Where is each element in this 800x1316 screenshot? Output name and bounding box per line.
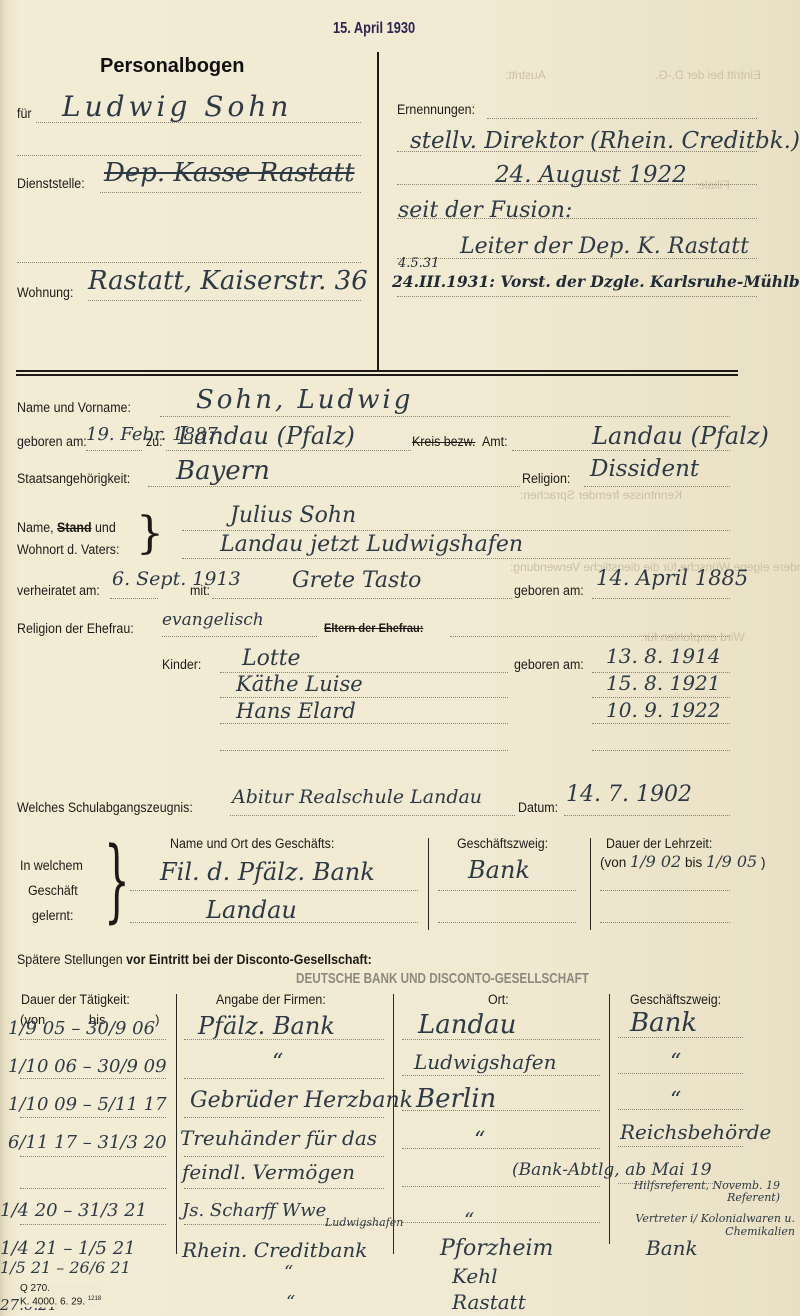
mit-label: mit:	[190, 583, 210, 598]
kind-date-line	[592, 750, 730, 751]
ernennung-line-3: seit der Fusion:	[398, 198, 572, 223]
kinder-label: Kinder:	[162, 657, 201, 672]
row9-firma: “	[286, 1292, 295, 1313]
lehre-col3-line	[600, 890, 730, 891]
row8-ort: Kehl	[452, 1264, 498, 1288]
religion-label: Religion:	[522, 471, 570, 486]
row6-dauer: 1/4 20 – 31/3 21	[0, 1200, 147, 1221]
staat-value: Bayern	[176, 456, 270, 486]
stellungen-header-firmen: Angabe der Firmen:	[216, 992, 326, 1007]
bleed-through-eintritt: Eintritt bei der D.-G.	[655, 68, 761, 82]
eltern-ehefrau-line	[450, 636, 730, 637]
lehre-dauer: (von 1/9 02 bis 1/9 05 )	[600, 852, 766, 871]
stellungen-row-line	[402, 1075, 600, 1076]
zu-line	[166, 450, 411, 451]
bleed-through-empfohlen: Wird empfohlen für:	[640, 630, 745, 644]
schule-value: Abitur Realschule Landau	[232, 786, 482, 808]
vater-label-line2: Wohnort d. Vaters:	[17, 542, 119, 557]
row1-dauer: 1/9 05 – 30/9 06	[8, 1018, 155, 1039]
lehre-divider-1	[428, 838, 429, 930]
schule-datum-line	[564, 815, 730, 816]
section-divider	[16, 374, 738, 376]
kind-name-2: Käthe Luise	[236, 672, 363, 696]
name-value: Sohn, Ludwig	[196, 385, 413, 415]
lehre-von-value: 1/9 02	[630, 852, 681, 871]
kind-geboren-1: 13. 8. 1914	[606, 644, 721, 668]
eltern-ehefrau-label: Eltern der Ehefrau:	[324, 621, 423, 635]
staat-label: Staatsangehörigkeit:	[17, 471, 130, 486]
row1-firma: Pfälz. Bank	[198, 1012, 335, 1040]
fuer-value: Ludwig Sohn	[62, 90, 292, 123]
kind-line	[220, 697, 508, 698]
amt-line	[512, 450, 730, 451]
vater-line	[182, 530, 730, 531]
kind-name-1: Lotte	[242, 646, 301, 671]
ernennung-line-5: 24.III.1931: Vorst. der Dzgle. Karlsruhe…	[392, 272, 800, 291]
row6-ort: “	[464, 1208, 474, 1232]
blank-line	[17, 262, 361, 263]
ernennungen-label: Ernennungen:	[397, 102, 475, 117]
verheiratet-line	[110, 598, 158, 599]
vater-label-stand: Stand	[57, 520, 92, 535]
lehre-col1-line-1: Fil. d. Pfälz. Bank	[160, 858, 375, 886]
lehre-side-label-2: Geschäft	[28, 883, 78, 898]
stellungen-title: Spätere Stellungen vor Eintritt bei der …	[17, 952, 372, 967]
ernennungen-line	[397, 296, 757, 297]
lehre-col1-header: Name und Ort des Geschäfts:	[170, 836, 334, 851]
form-number-line2: K. 4000. 6. 29. 1218	[20, 1294, 101, 1307]
dienststelle-line	[100, 192, 361, 193]
ernennung-correction: 4.5.31	[398, 256, 439, 271]
vater-name: Julius Sohn	[230, 503, 356, 528]
row2-zweig: “	[670, 1050, 681, 1075]
row6-zweig: Vertreter i/ Kolonialwaren u. Chemikalie…	[610, 1212, 795, 1238]
kind-line	[220, 750, 508, 751]
stellungen-divider-3	[609, 994, 610, 1244]
religion-ehefrau-label: Religion der Ehefrau:	[17, 621, 134, 636]
stellungen-row-line	[402, 1186, 600, 1187]
religion-ehefrau-line	[162, 636, 317, 637]
stellungen-row-line	[20, 1224, 166, 1225]
bleed-through-filiale: Filiale:	[695, 178, 730, 192]
page-title: Personalbogen	[100, 55, 244, 78]
row4-firma: Treuhänder für das	[180, 1126, 377, 1150]
row7-dauer: 1/4 21 – 1/5 21	[0, 1238, 136, 1259]
kinder-geboren-label: geboren am:	[514, 657, 584, 672]
row2-firma: “	[272, 1050, 283, 1075]
stellungen-row-line	[402, 1148, 600, 1149]
lehre-bis-value: 1/9 05	[706, 852, 757, 871]
kreis-label: Kreis bezw.	[412, 434, 476, 449]
name-label: Name und Vorname:	[17, 400, 131, 415]
vater-ort-line	[182, 558, 730, 559]
ehefrau-geboren-line	[592, 598, 730, 599]
top-section-divider	[377, 52, 379, 370]
stellungen-row-line	[20, 1156, 166, 1157]
verheiratet-value: 6. Sept. 1913	[112, 568, 241, 590]
lehre-side-label-3: gelernt:	[32, 908, 73, 923]
row8-firma: “	[284, 1262, 293, 1283]
stellungen-row-line	[20, 1117, 166, 1118]
row1-ort: Landau	[418, 1010, 516, 1040]
blank-line	[17, 155, 361, 156]
row7-ort: Pforzheim	[440, 1236, 553, 1261]
ernennung-line-2: 24. August 1922	[495, 162, 687, 188]
vater-label-und: und	[95, 520, 116, 535]
lehre-close-paren: )	[761, 855, 766, 870]
schule-datum-label: Datum:	[518, 800, 558, 815]
bleed-through-kenntnisse: Kenntnisse fremder Sprachen:	[520, 488, 682, 502]
row6-firma: Js. Scharff Wwe	[182, 1200, 326, 1221]
vater-label-name: Name,	[17, 520, 54, 535]
bank-stamp: DEUTSCHE BANK UND DISCONTO-GESELLSCHAFT	[296, 970, 589, 987]
bleed-through-austritt: Austritt:	[505, 68, 546, 82]
stellungen-row-line	[184, 1156, 384, 1157]
stellungen-header-ort: Ort:	[488, 992, 509, 1007]
row9-ort: Rastatt	[452, 1290, 526, 1314]
row4-zweig: Reichsbehörde	[620, 1120, 771, 1144]
stellungen-row-line	[20, 1188, 166, 1189]
lehre-bis-label: bis	[685, 855, 702, 870]
kind-name-3: Hans Elard	[236, 699, 356, 723]
kind-geboren-3: 10. 9. 1922	[606, 698, 721, 722]
dienststelle-value: Dep. Kasse Rastatt	[104, 158, 355, 188]
date-stamp-text: 15. April 1930	[333, 20, 415, 37]
stellungen-row-line	[402, 1222, 600, 1223]
row4-ort: “	[474, 1128, 485, 1153]
stellungen-title-bold: vor Eintritt bei der Disconto-Gesellscha…	[126, 952, 372, 967]
zu-value: Landau (Pfalz)	[178, 422, 355, 450]
row8-dauer: 1/5 21 – 26/6 21	[0, 1258, 131, 1277]
religion-line	[584, 486, 730, 487]
row5-ort: (Bank-Abtlg, ab Mai 19	[512, 1160, 712, 1180]
stellungen-header-dauer: Dauer der Tätigkeit:	[21, 992, 130, 1007]
form-number: Q 270. K. 4000. 6. 29. 1218	[20, 1284, 101, 1307]
lehre-brace: }	[104, 836, 130, 926]
schule-datum-value: 14. 7. 1902	[566, 782, 692, 807]
dienststelle-label: Dienststelle:	[17, 176, 85, 191]
lehre-col3-line	[600, 922, 730, 923]
ernennung-line-1: stellv. Direktor (Rhein. Creditbk.)	[410, 128, 800, 154]
date-stamp: 15. April 1930	[333, 20, 415, 38]
wohnung-value: Rastatt, Kaiserstr. 36	[88, 266, 368, 296]
fuer-label: für	[17, 106, 32, 121]
wohnung-line	[88, 300, 361, 301]
kind-line	[220, 723, 508, 724]
vater-brace: }	[136, 512, 164, 556]
geboren-line	[86, 450, 142, 451]
ernennung-line-4: Leiter der Dep. K. Rastatt	[460, 234, 749, 259]
stellungen-row-line	[184, 1117, 384, 1118]
lehre-side-label-1: In welchem	[20, 858, 83, 873]
lehre-divider-2	[590, 838, 591, 930]
lehre-col2-line	[438, 890, 576, 891]
stellungen-row-line	[184, 1188, 384, 1189]
row4-dauer: 6/11 17 – 31/3 20	[8, 1132, 167, 1153]
stellungen-divider-2	[393, 994, 394, 1254]
form-number-code: K. 4000. 6. 29.	[20, 1296, 85, 1307]
row5-zweig: Hilfsreferent, Novemb. 19 Referent)	[580, 1180, 780, 1204]
lehre-col3-header: Dauer der Lehrzeit:	[606, 836, 712, 851]
row3-dauer: 1/10 09 – 5/11 17	[8, 1094, 167, 1115]
lehre-col2-line	[438, 922, 576, 923]
staat-line	[148, 486, 520, 487]
kind-geboren-2: 15. 8. 1921	[606, 671, 721, 695]
amt-value: Landau (Pfalz)	[592, 422, 769, 450]
geboren-label: geboren am:	[17, 434, 87, 449]
mit-value: Grete Tasto	[292, 568, 421, 593]
ehefrau-geboren-value: 14. April 1885	[596, 566, 748, 590]
zu-label: zu:	[146, 434, 163, 449]
amt-label: Amt:	[482, 434, 508, 449]
religion-ehefrau-value: evangelisch	[162, 610, 264, 630]
row2-ort: Ludwigshafen	[414, 1050, 556, 1074]
vater-ort: Landau jetzt Ludwigshafen	[220, 532, 523, 557]
vater-label-line1: Name, Stand und	[17, 520, 116, 535]
stellungen-paren: )	[155, 1012, 159, 1027]
row3-zweig: “	[670, 1088, 681, 1113]
row5-firma: feindl. Vermögen	[182, 1160, 355, 1184]
lehre-col1-line-2: Landau	[206, 896, 297, 924]
stellungen-header-zweig: Geschäftszweig:	[630, 992, 721, 1007]
row2-dauer: 1/10 06 – 30/9 09	[8, 1056, 167, 1077]
section-divider	[16, 370, 738, 372]
row3-ort: Berlin	[416, 1084, 496, 1114]
schule-label: Welches Schulabgangszeugnis:	[17, 800, 193, 815]
form-number-line1: Q 270.	[20, 1284, 101, 1294]
stellungen-row-line	[20, 1078, 166, 1079]
stellungen-row-line	[20, 1039, 166, 1040]
wohnung-label: Wohnung:	[17, 285, 73, 300]
mit-line	[212, 598, 512, 599]
verheiratet-label: verheiratet am:	[17, 583, 100, 598]
stellungen-divider-1	[176, 994, 177, 1254]
ehefrau-geboren-label: geboren am:	[514, 583, 584, 598]
religion-value: Dissident	[590, 456, 699, 482]
lehre-von-label: (von	[600, 855, 626, 870]
stellungen-title-plain: Spätere Stellungen	[17, 952, 123, 967]
schule-line	[230, 815, 515, 816]
lehre-col1-line	[130, 890, 418, 891]
form-number-sup: 1218	[88, 1296, 101, 1302]
stellungen-row-line	[184, 1078, 384, 1079]
stellungen-row-line	[618, 1146, 743, 1147]
row1-zweig: Bank	[630, 1008, 697, 1038]
name-line	[160, 416, 730, 417]
row3-firma: Gebrüder Herzbank	[190, 1088, 413, 1113]
lehre-col2-value: Bank	[468, 856, 530, 884]
row7-firma: Rhein. Creditbank	[182, 1238, 367, 1262]
kind-date-line	[592, 723, 730, 724]
row7-zweig: Bank	[646, 1236, 698, 1260]
lehre-col2-header: Geschäftszweig:	[457, 836, 548, 851]
row6-firma-note: Ludwigshafen	[325, 1216, 403, 1229]
ernennungen-line	[487, 118, 757, 119]
